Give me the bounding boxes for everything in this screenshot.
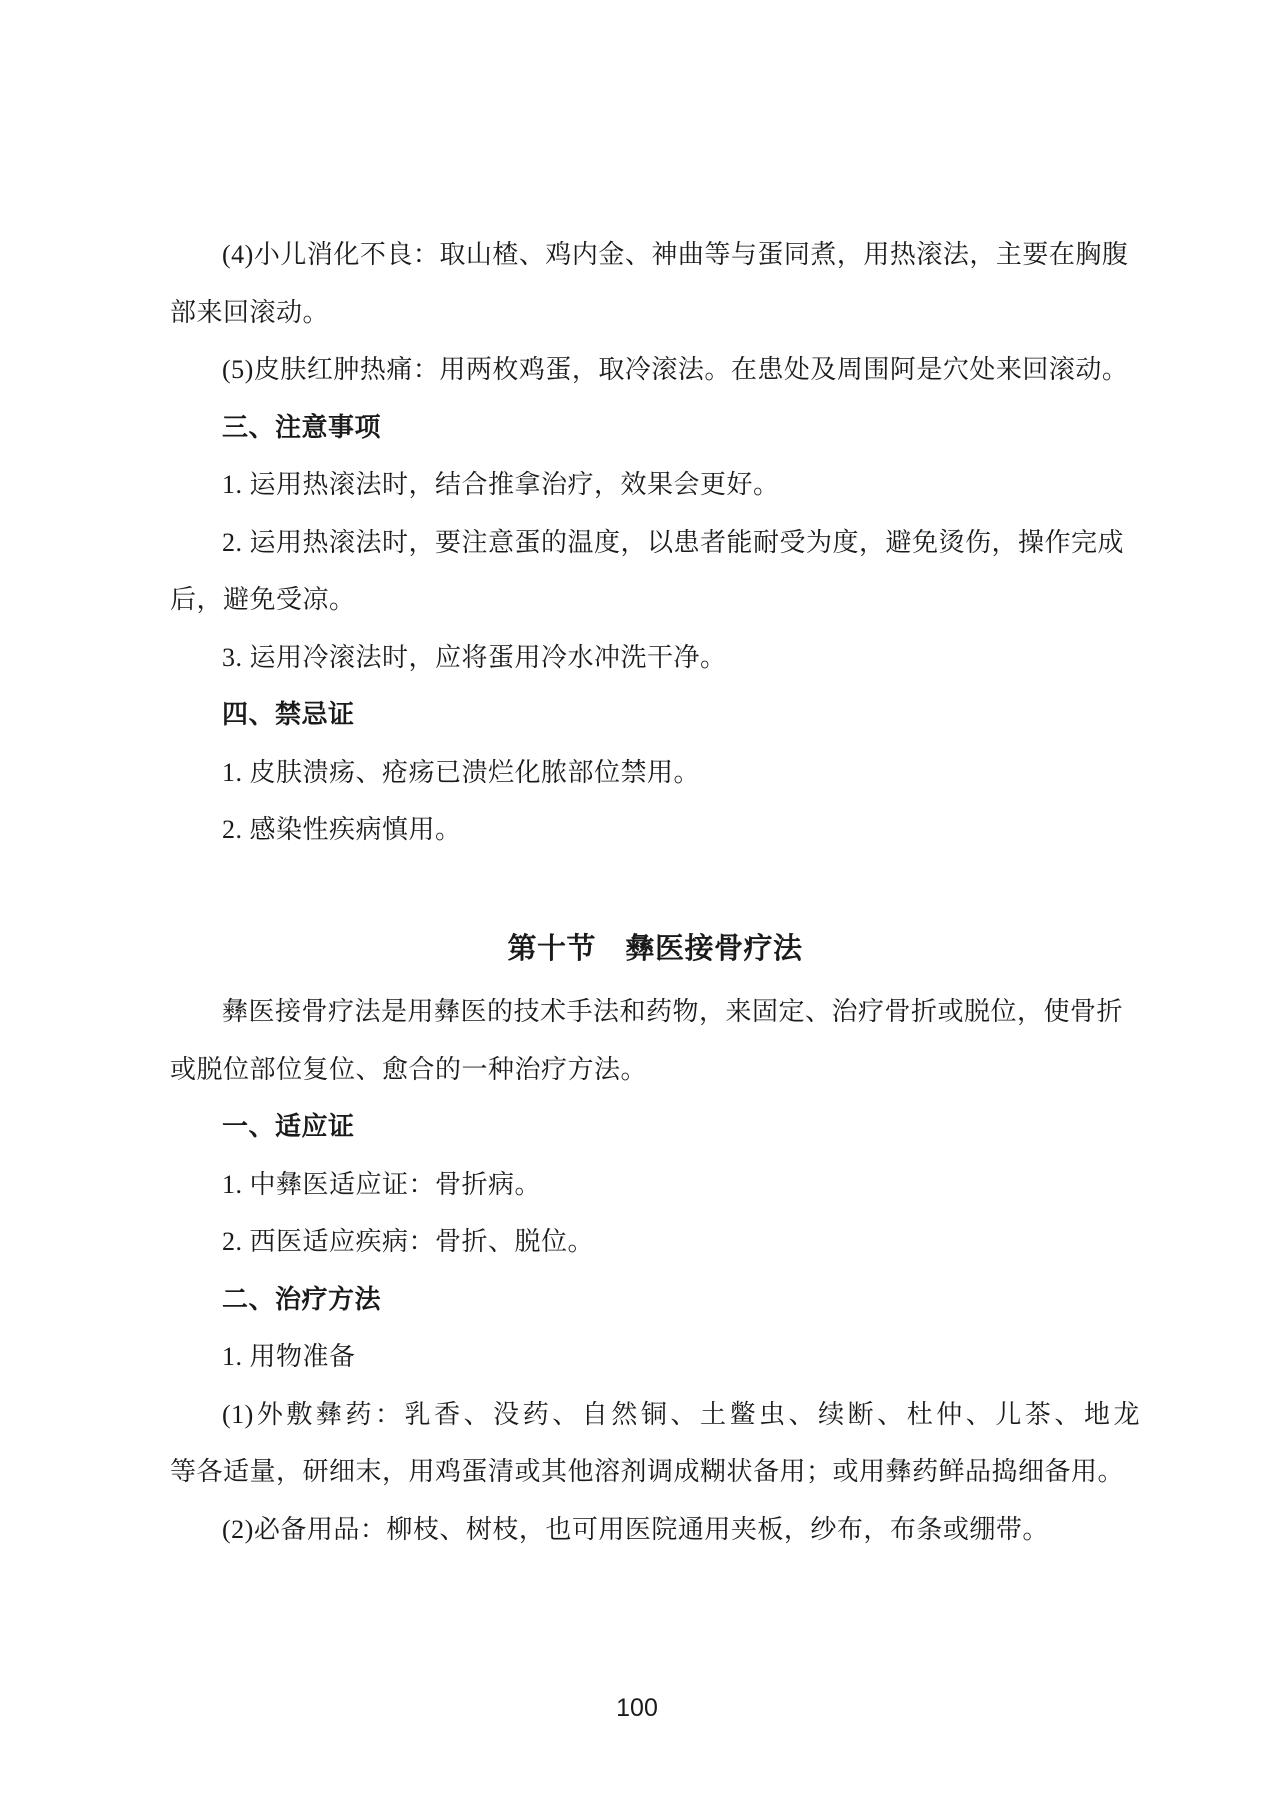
text-line: 等各适量，研细末，用鸡蛋清或其他溶剂调成糊状备用；或用彝药鲜品捣细备用。	[170, 1443, 1140, 1501]
text-line: 2. 感染性疾病慎用。	[170, 801, 1140, 859]
text-line: 彝医接骨疗法是用彝医的技术手法和药物，来固定、治疗骨折或脱位，使骨折	[170, 983, 1140, 1041]
section-title: 第十节 彝医接骨疗法	[170, 921, 1140, 979]
heading-line: 四、禁忌证	[170, 686, 1140, 744]
text-line: 2. 西医适应疾病：骨折、脱位。	[170, 1213, 1140, 1271]
heading-line: 一、适应证	[170, 1098, 1140, 1156]
document-body: (4)小儿消化不良：取山楂、鸡内金、神曲等与蛋同煮，用热滚法，主要在胸腹部来回滚…	[170, 226, 1140, 1558]
text-line: (2)必备用品：柳枝、树枝，也可用医院通用夹板，纱布，布条或绷带。	[170, 1501, 1140, 1559]
page-number: 100	[0, 1690, 1274, 1726]
document-page: (4)小儿消化不良：取山楂、鸡内金、神曲等与蛋同煮，用热滚法，主要在胸腹部来回滚…	[0, 0, 1274, 1801]
text-line: 或脱位部位复位、愈合的一种治疗方法。	[170, 1041, 1140, 1099]
text-line: (5)皮肤红肿热痛：用两枚鸡蛋，取冷滚法。在患处及周围阿是穴处来回滚动。	[170, 341, 1140, 399]
text-line: 1. 用物准备	[170, 1328, 1140, 1386]
text-line: 1. 中彝医适应证：骨折病。	[170, 1156, 1140, 1214]
text-line: (1)外敷彝药：乳香、没药、自然铜、土鳖虫、续断、杜仲、儿茶、地龙	[170, 1386, 1140, 1444]
text-line: 后，避免受凉。	[170, 571, 1140, 629]
text-line: 1. 皮肤溃疡、疮疡已溃烂化脓部位禁用。	[170, 744, 1140, 802]
text-line: (4)小儿消化不良：取山楂、鸡内金、神曲等与蛋同煮，用热滚法，主要在胸腹	[170, 226, 1140, 284]
text-line: 1. 运用热滚法时，结合推拿治疗，效果会更好。	[170, 456, 1140, 514]
heading-line: 二、治疗方法	[170, 1271, 1140, 1329]
text-line: 3. 运用冷滚法时，应将蛋用冷水冲洗干净。	[170, 629, 1140, 687]
text-line: 2. 运用热滚法时，要注意蛋的温度，以患者能耐受为度，避免烫伤，操作完成	[170, 514, 1140, 572]
text-line: 部来回滚动。	[170, 284, 1140, 342]
heading-line: 三、注意事项	[170, 399, 1140, 457]
